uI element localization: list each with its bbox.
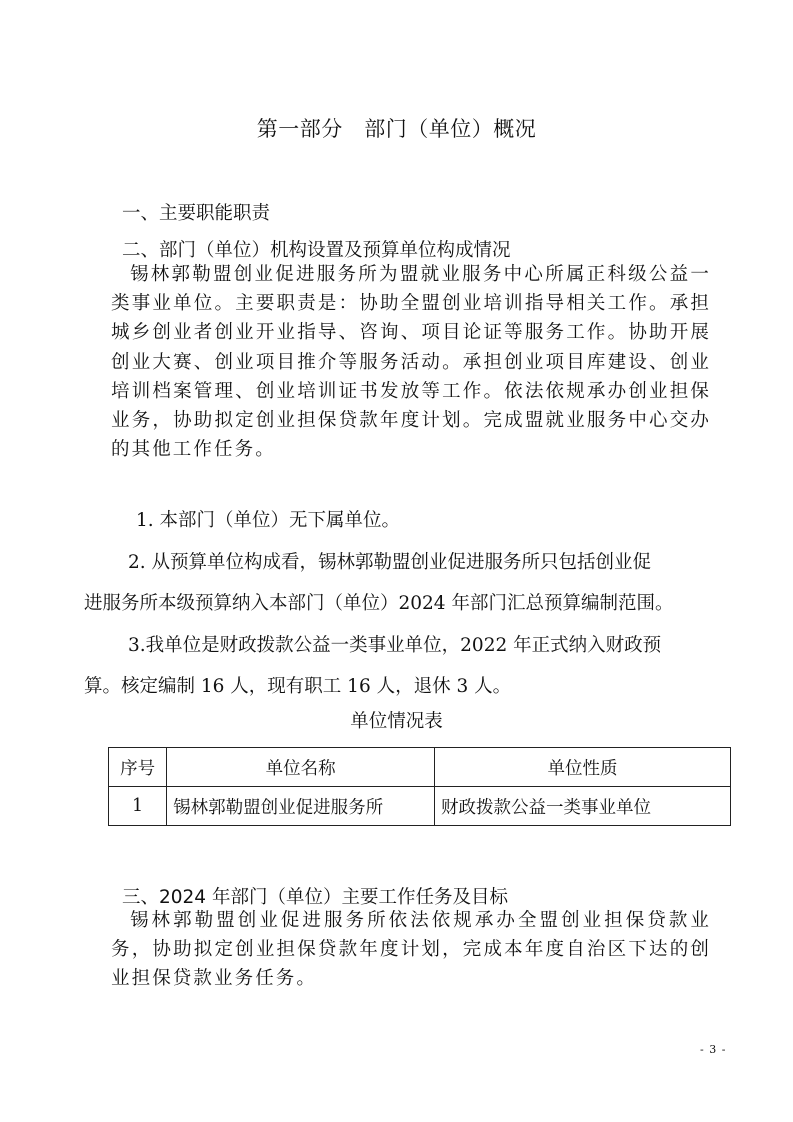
structure-item-3-line-1: 3.我单位是财政拨款公益一类事业单位，2022 年正式纳入财政预 xyxy=(128,631,661,657)
tasks-paragraph: 锡林郭勒盟创业促进服务所依法依规承办全盟创业担保贷款业务，协助拟定创业担保贷款年… xyxy=(111,906,711,994)
header-unit-name: 单位名称 xyxy=(167,748,435,787)
structure-item-1: 1. 本部门（单位）无下属单位。 xyxy=(136,506,400,532)
section-heading-structure: 二、部门（单位）机构设置及预算单位构成情况 xyxy=(122,236,511,262)
table-row: 1 锡林郭勒盟创业促进服务所 财政拨款公益一类事业单位 xyxy=(109,787,731,826)
cell-unit-type: 财政拨款公益一类事业单位 xyxy=(435,787,731,826)
cell-seq: 1 xyxy=(109,787,167,826)
unit-table-caption: 单位情况表 xyxy=(0,707,793,733)
document-page: 第一部分 部门（单位）概况 一、主要职能职责 二、部门（单位）机构设置及预算单位… xyxy=(0,0,793,1122)
cell-unit-name: 锡林郭勒盟创业促进服务所 xyxy=(167,787,435,826)
header-seq: 序号 xyxy=(109,748,167,787)
table-header-row: 序号 单位名称 单位性质 xyxy=(109,748,731,787)
header-unit-type: 单位性质 xyxy=(435,748,731,787)
structure-item-3-line-2: 算。核定编制 16 人，现有职工 16 人，退休 3 人。 xyxy=(84,672,511,698)
structure-item-2-line-1: 2. 从预算单位构成看，锡林郭勒盟创业促进服务所只包括创业促 xyxy=(128,548,651,574)
unit-info-table: 序号 单位名称 单位性质 1 锡林郭勒盟创业促进服务所 财政拨款公益一类事业单位 xyxy=(108,747,731,826)
page-number: - 3 - xyxy=(700,1043,726,1056)
structure-item-2-line-2: 进服务所本级预算纳入本部门（单位）2024 年部门汇总预算编制范围。 xyxy=(84,589,673,615)
section-heading-duties: 一、主要职能职责 xyxy=(122,199,270,225)
structure-intro-paragraph: 锡林郭勒盟创业促进服务所为盟就业服务中心所属正科级公益一类事业单位。主要职责是：… xyxy=(111,260,711,464)
page-title: 第一部分 部门（单位）概况 xyxy=(0,113,793,143)
